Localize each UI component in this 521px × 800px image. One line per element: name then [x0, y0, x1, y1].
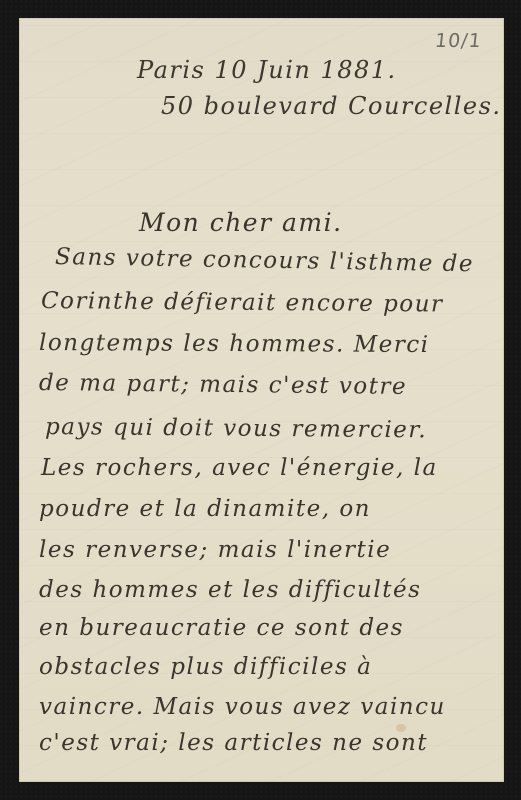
letter-line-13: c'est vrai; les articles ne sont [39, 730, 428, 756]
letter-line-7: poudre et la dinamite, on [39, 496, 371, 522]
paper-stain [396, 724, 406, 732]
letter-line-4: de ma part; mais c'est votre [39, 370, 407, 400]
letter-page: 10/1 Paris 10 Juin 1881. 50 boulevard Co… [19, 18, 504, 782]
letter-line-9: des hommes et les difficultés [39, 577, 421, 603]
letter-place-date: Paris 10 Juin 1881. [137, 56, 397, 84]
letter-salutation: Mon cher ami. [139, 208, 343, 237]
letter-line-11: obstacles plus difficiles à [39, 654, 372, 680]
letter-line-2: Corinthe défierait encore pour [41, 288, 444, 318]
letter-address: 50 boulevard Courcelles. [161, 92, 502, 120]
letter-line-5: pays qui doit vous remercier. [45, 414, 427, 443]
letter-line-6: Les rochers, avec l'énergie, la [41, 455, 438, 481]
folio-number: 10/1 [434, 30, 483, 52]
letter-line-8: les renverse; mais l'inertie [39, 537, 391, 563]
letter-line-3: longtemps les hommes. Merci [39, 330, 430, 358]
letter-line-12: vaincre. Mais vous avez vaincu [39, 694, 446, 720]
letter-line-1: Sans votre concours l'isthme de [55, 244, 474, 277]
letter-line-10: en bureaucratie ce sont des [39, 615, 404, 641]
